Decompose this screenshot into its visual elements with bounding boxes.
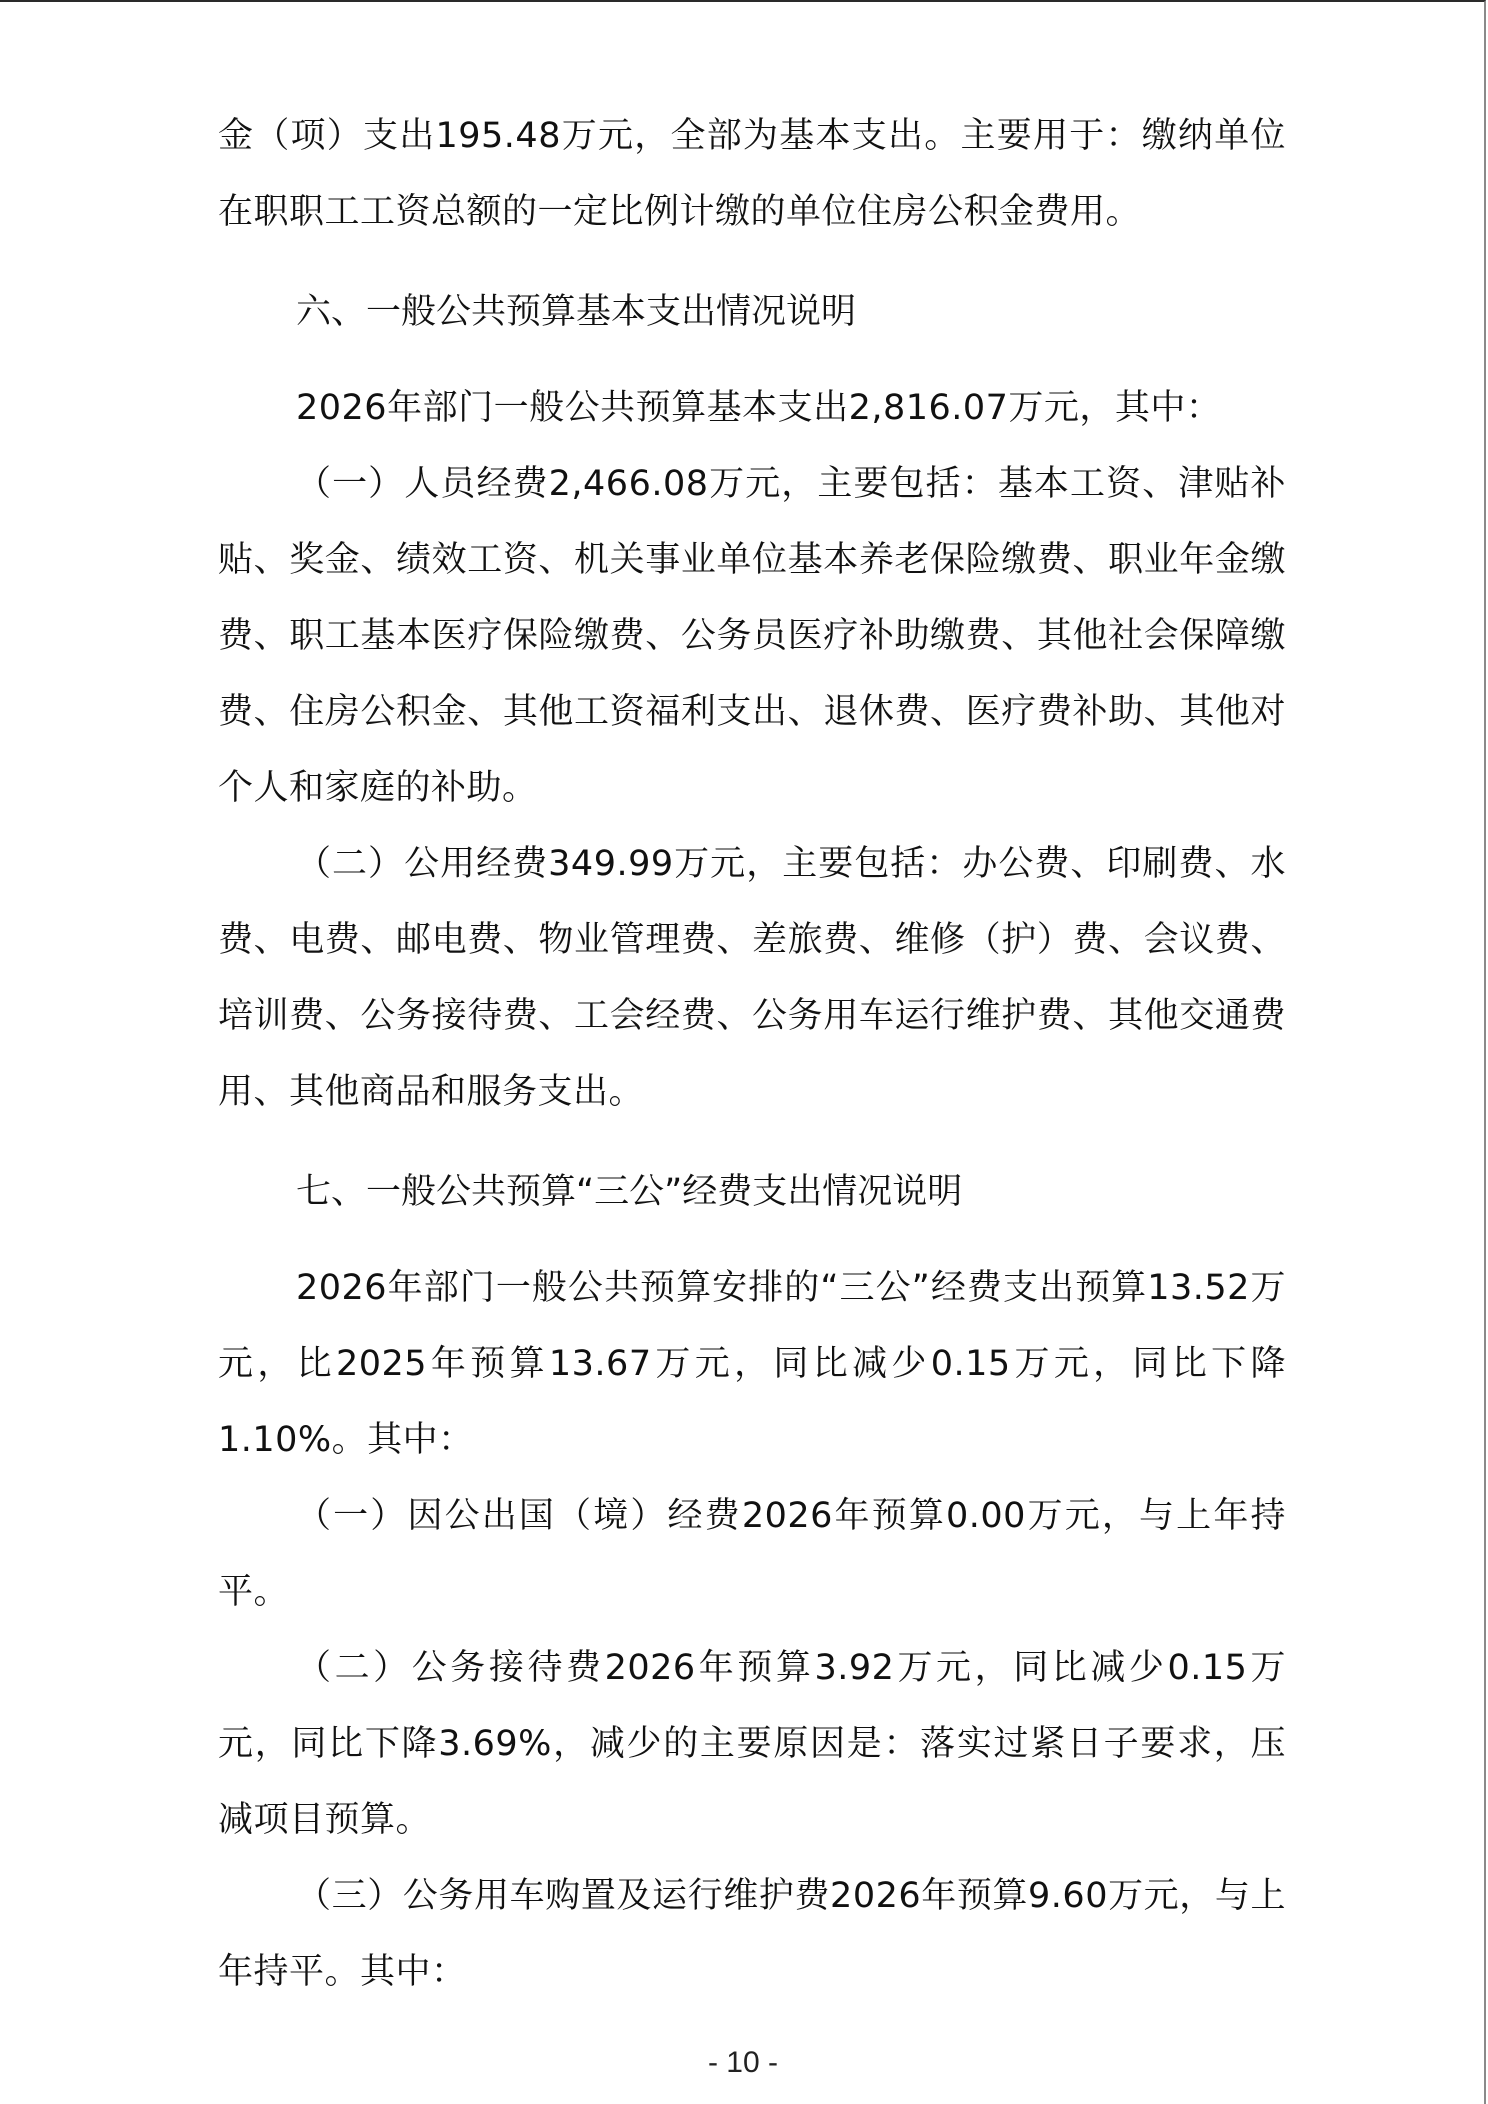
section-heading-three-public-expenses: 七、一般公共预算“三公”经费支出情况说明 [218, 1154, 1286, 1230]
page-number: - 10 - [0, 2046, 1486, 2080]
paragraph-basic-expenditure-total: 2026年部门一般公共预算基本支出2,816.07万元，其中： [218, 370, 1286, 446]
paragraph-official-reception: （二）公务接待费2026年预算3.92万元，同比减少0.15万元，同比下降3.6… [218, 1630, 1286, 1858]
paragraph-three-public-total: 2026年部门一般公共预算安排的“三公”经费支出预算13.52万元，比2025年… [218, 1250, 1286, 1478]
section-heading-basic-expenditure: 六、一般公共预算基本支出情况说明 [218, 274, 1286, 350]
paragraph-official-vehicles: （三）公务用车购置及运行维护费2026年预算9.60万元，与上年持平。其中： [218, 1858, 1286, 2010]
paragraph-housing-fund: 金（项）支出195.48万元，全部为基本支出。主要用于：缴纳单位在职职工工资总额… [218, 98, 1286, 250]
page-content: 金（项）支出195.48万元，全部为基本支出。主要用于：缴纳单位在职职工工资总额… [218, 98, 1286, 2010]
document-page: 金（项）支出195.48万元，全部为基本支出。主要用于：缴纳单位在职职工工资总额… [0, 0, 1486, 2104]
paragraph-public-expenses: （二）公用经费349.99万元，主要包括：办公费、印刷费、水费、电费、邮电费、物… [218, 826, 1286, 1130]
paragraph-overseas-travel: （一）因公出国（境）经费2026年预算0.00万元，与上年持平。 [218, 1478, 1286, 1630]
paragraph-personnel-expenses: （一）人员经费2,466.08万元，主要包括：基本工资、津贴补贴、奖金、绩效工资… [218, 446, 1286, 826]
